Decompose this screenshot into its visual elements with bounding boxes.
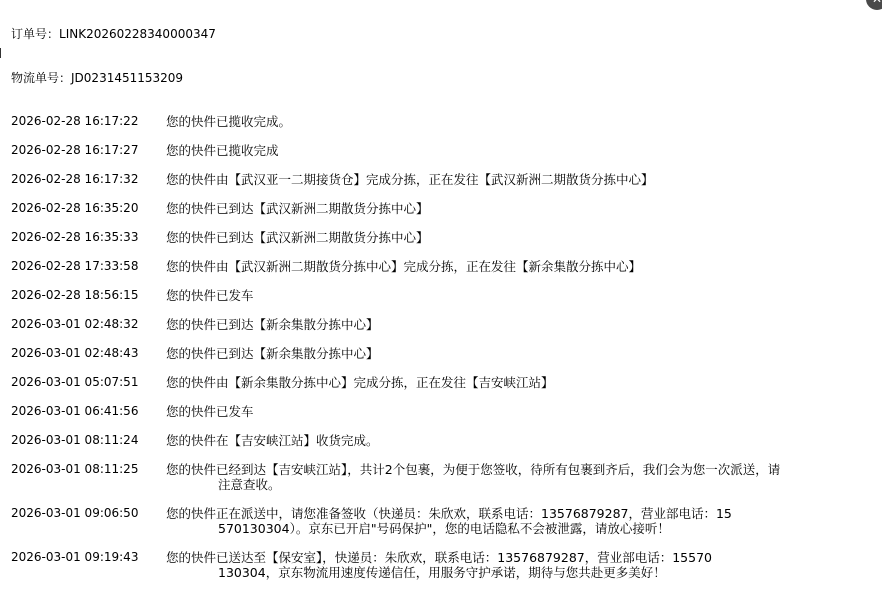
tracking-row: 2026-03-01 09:06:50 您的快件正在派送中，请您准备签收（快递员… bbox=[0, 506, 882, 536]
tracking-message: 您的快件正在派送中，请您准备签收（快递员：朱欣欢，联系电话：1357687928… bbox=[166, 506, 872, 536]
tracking-time: 2026-03-01 08:11:24 bbox=[0, 433, 166, 448]
order-number-label: 订单号： bbox=[11, 27, 59, 41]
tracking-row: 2026-02-28 16:35:33 您的快件已到达【武汉新洲二期散货分拣中心… bbox=[0, 230, 882, 245]
tracking-message: 您的快件已到达【武汉新洲二期散货分拣中心】 bbox=[166, 230, 872, 245]
tracking-timeline: 2026-02-28 16:17:22 您的快件已揽收完成。 2026-02-2… bbox=[0, 114, 882, 594]
tracking-message: 您的快件已送达至【保安室】，快递员：朱欣欢，联系电话：13576879287，营… bbox=[166, 550, 872, 580]
tracking-row: 2026-02-28 16:17:32 您的快件由【武汉亚一二期接货仓】完成分拣… bbox=[0, 172, 882, 187]
tracking-row: 2026-03-01 09:19:43 您的快件已送达至【保安室】，快递员：朱欣… bbox=[0, 550, 882, 580]
close-icon: ✕ bbox=[872, 0, 882, 6]
tracking-message: 您的快件在【吉安峡江站】收货完成。 bbox=[166, 433, 872, 448]
tracking-row: 2026-03-01 05:07:51 您的快件由【新余集散分拣中心】完成分拣，… bbox=[0, 375, 882, 390]
tracking-time: 2026-03-01 02:48:32 bbox=[0, 317, 166, 332]
tracking-message-line1: 您的快件已经到达【吉安峡江站】，共计2个包裹，为便于您签收，待所有包裹到齐后，我… bbox=[166, 462, 780, 477]
waybill-number-value: JD0231451153209 bbox=[71, 71, 183, 85]
order-number-value: LINK20260228340000347 bbox=[59, 27, 216, 41]
tracking-time: 2026-02-28 16:35:20 bbox=[0, 201, 166, 216]
tracking-message: 您的快件已到达【武汉新洲二期散货分拣中心】 bbox=[166, 201, 872, 216]
logistics-tracking-panel: ✕ 订单号：LINK20260228340000347 物流单号：JD02314… bbox=[0, 0, 882, 616]
tracking-row: 2026-02-28 18:56:15 您的快件已发车 bbox=[0, 288, 882, 303]
tracking-row: 2026-02-28 17:33:58 您的快件由【武汉新洲二期散货分拣中心】完… bbox=[0, 259, 882, 274]
tracking-message: 您的快件由【武汉亚一二期接货仓】完成分拣，正在发往【武汉新洲二期散货分拣中心】 bbox=[166, 172, 872, 187]
tracking-row: 2026-03-01 02:48:32 您的快件已到达【新余集散分拣中心】 bbox=[0, 317, 882, 332]
tracking-row: 2026-03-01 02:48:43 您的快件已到达【新余集散分拣中心】 bbox=[0, 346, 882, 361]
tracking-time: 2026-03-01 09:06:50 bbox=[0, 506, 166, 536]
tracking-time: 2026-03-01 06:41:56 bbox=[0, 404, 166, 419]
tracking-time: 2026-03-01 09:19:43 bbox=[0, 550, 166, 580]
order-number-line: 订单号：LINK20260228340000347 bbox=[11, 26, 216, 42]
tracking-time: 2026-02-28 16:17:22 bbox=[0, 114, 166, 129]
tracking-row: 2026-02-28 16:17:22 您的快件已揽收完成。 bbox=[0, 114, 882, 129]
waybill-number-line: 物流单号：JD0231451153209 bbox=[11, 70, 183, 86]
tracking-time: 2026-02-28 16:17:27 bbox=[0, 143, 166, 158]
tracking-time: 2026-03-01 05:07:51 bbox=[0, 375, 166, 390]
tracking-time: 2026-03-01 08:11:25 bbox=[0, 462, 166, 492]
tracking-row: 2026-02-28 16:35:20 您的快件已到达【武汉新洲二期散货分拣中心… bbox=[0, 201, 882, 216]
waybill-number-label: 物流单号： bbox=[11, 71, 71, 85]
tracking-time: 2026-02-28 18:56:15 bbox=[0, 288, 166, 303]
tracking-time: 2026-03-01 02:48:43 bbox=[0, 346, 166, 361]
left-edge-marker bbox=[0, 48, 4, 58]
tracking-time: 2026-02-28 16:17:32 bbox=[0, 172, 166, 187]
tracking-message: 您的快件由【武汉新洲二期散货分拣中心】完成分拣，正在发往【新余集散分拣中心】 bbox=[166, 259, 872, 274]
tracking-message: 您的快件已发车 bbox=[166, 404, 872, 419]
tracking-row: 2026-02-28 16:17:27 您的快件已揽收完成 bbox=[0, 143, 882, 158]
tracking-message-line2: 注意查收。 bbox=[166, 477, 872, 492]
tracking-message: 您的快件已揽收完成。 bbox=[166, 114, 872, 129]
tracking-message-line1: 您的快件已送达至【保安室】，快递员：朱欣欢，联系电话：13576879287，营… bbox=[166, 550, 712, 565]
tracking-message-line2: 570130304）。京东已开启"号码保护"，您的电话隐私不会被泄露，请放心接听… bbox=[166, 521, 872, 536]
tracking-time: 2026-02-28 17:33:58 bbox=[0, 259, 166, 274]
tracking-message: 您的快件已揽收完成 bbox=[166, 143, 872, 158]
tracking-message: 您的快件已到达【新余集散分拣中心】 bbox=[166, 317, 872, 332]
tracking-message: 您的快件已发车 bbox=[166, 288, 872, 303]
tracking-message: 您的快件已经到达【吉安峡江站】，共计2个包裹，为便于您签收，待所有包裹到齐后，我… bbox=[166, 462, 872, 492]
tracking-message-line1: 您的快件正在派送中，请您准备签收（快递员：朱欣欢，联系电话：1357687928… bbox=[166, 506, 732, 521]
tracking-row: 2026-03-01 08:11:25 您的快件已经到达【吉安峡江站】，共计2个… bbox=[0, 462, 882, 492]
tracking-time: 2026-02-28 16:35:33 bbox=[0, 230, 166, 245]
tracking-row: 2026-03-01 06:41:56 您的快件已发车 bbox=[0, 404, 882, 419]
tracking-message-line2: 130304，京东物流用速度传递信任，用服务守护承诺，期待与您共赴更多美好！ bbox=[166, 565, 872, 580]
close-button[interactable]: ✕ bbox=[866, 0, 882, 10]
tracking-row: 2026-03-01 08:11:24 您的快件在【吉安峡江站】收货完成。 bbox=[0, 433, 882, 448]
tracking-message: 您的快件由【新余集散分拣中心】完成分拣，正在发往【吉安峡江站】 bbox=[166, 375, 872, 390]
tracking-message: 您的快件已到达【新余集散分拣中心】 bbox=[166, 346, 872, 361]
